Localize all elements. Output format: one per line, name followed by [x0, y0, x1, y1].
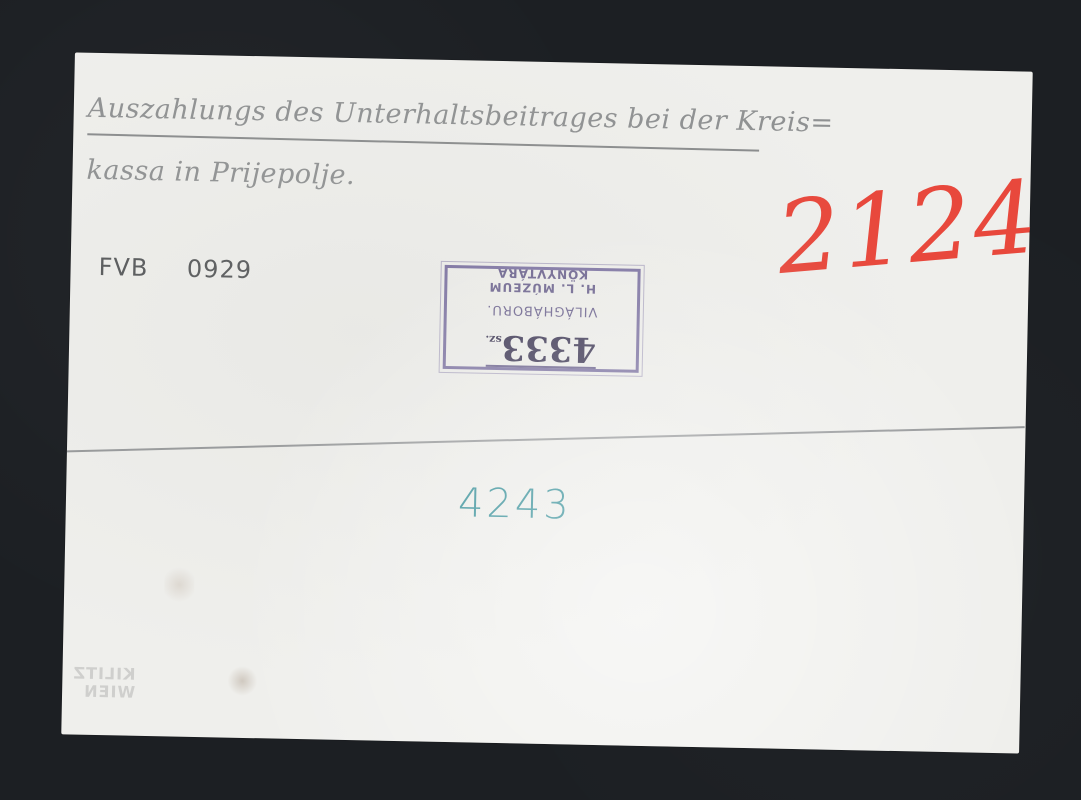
pencil-divider-line: [67, 426, 1025, 452]
stain-mark: [227, 666, 258, 697]
red-crayon-number: 2124: [772, 158, 1043, 297]
photo-card-back: Auszahlungs des Unterhaltsbeitrages bei …: [61, 52, 1032, 753]
caption-underline: [87, 133, 759, 151]
stamp-number: 4333sz.: [486, 321, 597, 369]
stamp-line-2: VILÁGHÁBORU.: [447, 301, 637, 320]
library-stamp: 4333sz. VILÁGHÁBORU. H. L. MÚZEUM KÖNYVT…: [443, 265, 641, 373]
archive-code-prefix: FVB: [98, 253, 148, 282]
embossed-studio-mark: KILITZ WIEN: [72, 665, 136, 702]
archive-code-number: 0929: [187, 255, 253, 284]
caption-line-2: kassa in Prijepolje.: [86, 155, 355, 191]
caption-line-1: Auszahlungs des Unterhaltsbeitrages bei …: [88, 93, 834, 139]
teal-ink-number: 4243: [458, 480, 573, 528]
archive-code: FVB 0929: [98, 253, 252, 284]
stamp-line-1: H. L. MÚZEUM KÖNYVTÁRA: [447, 265, 638, 297]
stain-mark: [164, 564, 195, 605]
